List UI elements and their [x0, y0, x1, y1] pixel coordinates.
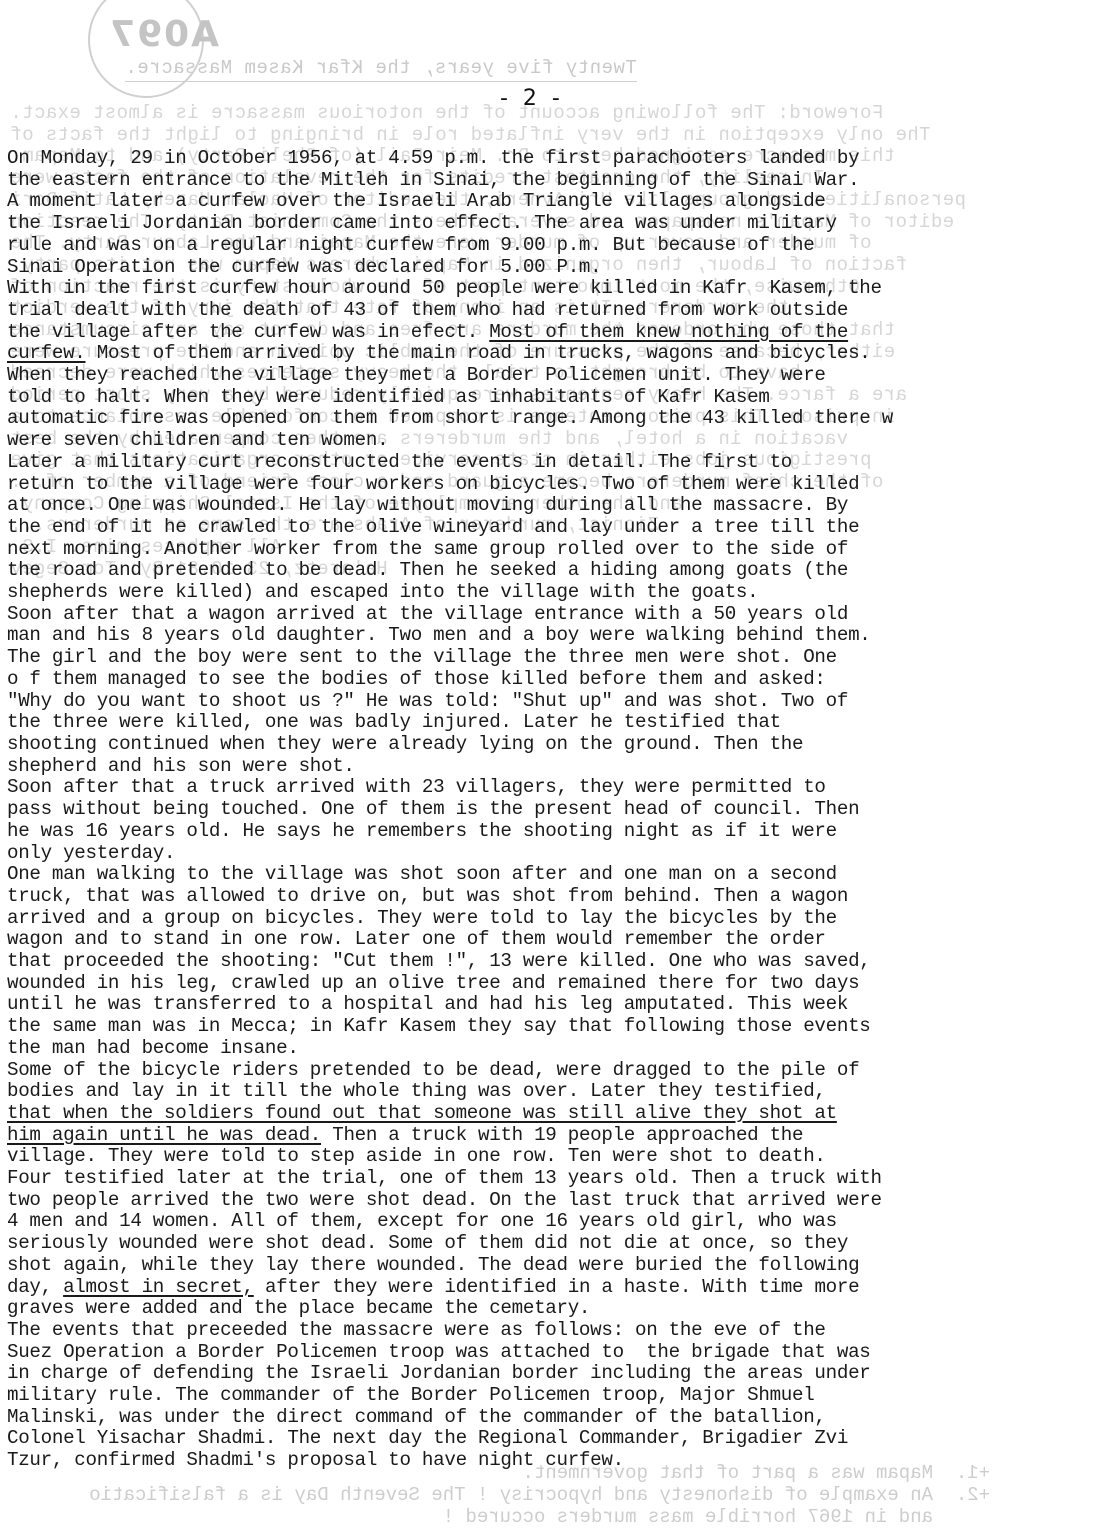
- text-segment: Four testified later at the trial, one o…: [7, 1167, 882, 1189]
- text-line: shot again, while they lay there wounded…: [7, 1255, 1107, 1277]
- text-segment: truck, that was allowed to drive on, but…: [7, 885, 848, 907]
- text-line: shepherds were killed) and escaped into …: [7, 582, 1107, 604]
- stamp-text: A097: [108, 14, 219, 55]
- text-line: "Why do you want to shoot us ?" He was t…: [7, 691, 1107, 713]
- text-line: the same man was in Mecca; in Kafr Kasem…: [7, 1016, 1107, 1038]
- text-segment: When they reached the village they met a…: [7, 364, 826, 386]
- page-number: - 2 -: [500, 86, 564, 111]
- text-line: the Israeli Jordanian border came into e…: [7, 213, 1107, 235]
- text-line: told to halt. When they were identified …: [7, 387, 1107, 409]
- underlined-emphasis: that when the soldiers found out that so…: [7, 1102, 837, 1124]
- text-line: rule and was on a regular night curfew f…: [7, 235, 1107, 257]
- text-line: day, almost in secret, after they were i…: [7, 1277, 1107, 1299]
- text-line: The girl and the boy were sent to the vi…: [7, 647, 1107, 669]
- text-line: Colonel Yisachar Shadmi. The next day th…: [7, 1428, 1107, 1450]
- text-line: in charge of defending the Israeli Jorda…: [7, 1363, 1107, 1385]
- text-line: bodies and lay in it till the whole thin…: [7, 1081, 1107, 1103]
- text-segment: wagon and to stand in one row. Later one…: [7, 928, 826, 950]
- text-line: Malinski, was under the direct command o…: [7, 1407, 1107, 1429]
- text-line: he was 16 years old. He says he remember…: [7, 821, 1107, 843]
- bleed-title: Twenty five years, the Kfar Kasem Massac…: [125, 57, 637, 82]
- text-segment: told to halt. When they were identified …: [7, 386, 770, 408]
- text-line: were seven children and ten women.: [7, 430, 1107, 452]
- text-line: One man walking to the village was shot …: [7, 864, 1107, 886]
- bleed-line: Foreword: The following account of the n…: [10, 102, 883, 124]
- text-line: Suez Operation a Border Policemen troop …: [7, 1342, 1107, 1364]
- text-segment: Some of the bicycle riders pretended to …: [7, 1059, 859, 1081]
- text-segment: after they were identified in a haste. W…: [254, 1276, 860, 1298]
- text-line: shepherd and his son were shot.: [7, 756, 1107, 778]
- text-segment: at once. One was wounded. He lay without…: [7, 494, 848, 516]
- text-segment: village. They were told to step aside in…: [7, 1145, 826, 1167]
- text-line: When they reached the village they met a…: [7, 365, 1107, 387]
- text-segment: bodies and lay in it till the whole thin…: [7, 1080, 826, 1102]
- text-segment: shepherd and his son were shot.: [7, 755, 355, 777]
- text-segment: that proceeded the shooting: "Cut them !…: [7, 950, 871, 972]
- text-segment: were seven children and ten women.: [7, 429, 388, 451]
- text-segment: the village after the curfew was in efec…: [7, 321, 489, 343]
- text-line: On Monday, 29 in October 1956, at 4.59 p…: [7, 148, 1107, 170]
- text-segment: "Why do you want to shoot us ?" He was t…: [7, 690, 848, 712]
- text-segment: Suez Operation a Border Policemen troop …: [7, 1341, 871, 1363]
- text-line: the three were killed, one was badly inj…: [7, 712, 1107, 734]
- text-segment: Soon after that a truck arrived with 23 …: [7, 776, 826, 798]
- text-line: two people arrived the two were shot dea…: [7, 1190, 1107, 1212]
- text-segment: automatic fire was opened on them from s…: [7, 407, 893, 429]
- text-line: A moment later a curfew over the Israeli…: [7, 191, 1107, 213]
- text-line: Later a military curt reconstructed the …: [7, 452, 1107, 474]
- text-segment: Tzur, confirmed Shadmi's proposal to hav…: [7, 1449, 624, 1471]
- underlined-emphasis: curfew.: [7, 342, 86, 364]
- text-line: at once. One was wounded. He lay without…: [7, 495, 1107, 517]
- text-line: that when the soldiers found out that so…: [7, 1103, 1107, 1125]
- text-line: automatic fire was opened on them from s…: [7, 408, 1107, 430]
- text-line: until he was transferred to a hospital a…: [7, 994, 1107, 1016]
- text-line: wounded in his leg, crawled up an olive …: [7, 973, 1107, 995]
- archive-stamp: A097: [88, 0, 204, 98]
- text-line: Soon after that a truck arrived with 23 …: [7, 777, 1107, 799]
- text-segment: until he was transferred to a hospital a…: [7, 993, 848, 1015]
- text-segment: seriously wounded were shot dead. Some o…: [7, 1232, 848, 1254]
- text-segment: the Israeli Jordanian border came into e…: [7, 212, 837, 234]
- text-line: curfew. Most of them arrived by the main…: [7, 343, 1107, 365]
- text-segment: Later a military curt reconstructed the …: [7, 451, 792, 473]
- text-line: With in the first curfew hour around 50 …: [7, 278, 1107, 300]
- text-line: graves were added and the place became t…: [7, 1298, 1107, 1320]
- text-segment: day,: [7, 1276, 63, 1298]
- text-line: man and his 8 years old daughter. Two me…: [7, 625, 1107, 647]
- text-segment: the three were killed, one was badly inj…: [7, 711, 781, 733]
- text-line: 4 men and 14 women. All of them, except …: [7, 1211, 1107, 1233]
- text-segment: With in the first curfew hour around 50 …: [7, 277, 882, 299]
- text-line: him again until he was dead. Then a truc…: [7, 1125, 1107, 1147]
- bleed-line: The only exception in the very inflated …: [10, 124, 931, 146]
- text-segment: the same man was in Mecca; in Kafr Kasem…: [7, 1015, 871, 1037]
- text-segment: 4 men and 14 women. All of them, except …: [7, 1210, 837, 1232]
- text-line: Sinai Operation the curfew was declared …: [7, 257, 1107, 279]
- text-segment: On Monday, 29 in October 1956, at 4.59 p…: [7, 147, 859, 169]
- text-line: Four testified later at the trial, one o…: [7, 1168, 1107, 1190]
- text-segment: arrived and a group on bicycles. They we…: [7, 907, 837, 929]
- text-line: next morning. Another worker from the sa…: [7, 539, 1107, 561]
- text-line: arrived and a group on bicycles. They we…: [7, 908, 1107, 930]
- text-segment: military rule. The commander of the Bord…: [7, 1384, 814, 1406]
- text-segment: in charge of defending the Israeli Jorda…: [7, 1362, 871, 1384]
- text-segment: o f them managed to see the bodies of th…: [7, 668, 826, 690]
- text-segment: he was 16 years old. He says he remember…: [7, 820, 837, 842]
- text-line: that proceeded the shooting: "Cut them !…: [7, 951, 1107, 973]
- text-line: only yesterday.: [7, 843, 1107, 865]
- text-segment: Then a truck with 19 people approached t…: [321, 1124, 803, 1146]
- text-segment: shot again, while they lay there wounded…: [7, 1254, 859, 1276]
- text-line: shooting continued when they were alread…: [7, 734, 1107, 756]
- text-segment: One man walking to the village was shot …: [7, 863, 837, 885]
- text-segment: Malinski, was under the direct command o…: [7, 1406, 826, 1428]
- text-segment: Sinai Operation the curfew was declared …: [7, 256, 601, 278]
- text-segment: the road and pretended to be dead. Then …: [7, 559, 848, 581]
- text-line: Soon after that a wagon arrived at the v…: [7, 604, 1107, 626]
- text-line: the man had become insane.: [7, 1038, 1107, 1060]
- text-line: the village after the curfew was in efec…: [7, 322, 1107, 344]
- text-segment: A moment later a curfew over the Israeli…: [7, 190, 826, 212]
- text-segment: Soon after that a wagon arrived at the v…: [7, 603, 848, 625]
- underlined-emphasis: almost in secret,: [63, 1276, 254, 1298]
- text-segment: shooting continued when they were alread…: [7, 733, 803, 755]
- text-segment: the end of it he crawled to the olive wi…: [7, 516, 859, 538]
- text-line: pass without being touched. One of them …: [7, 799, 1107, 821]
- text-line: trial dealt with the death of 43 of them…: [7, 300, 1107, 322]
- text-line: the end of it he crawled to the olive wi…: [7, 517, 1107, 539]
- text-line: the road and pretended to be dead. Then …: [7, 560, 1107, 582]
- text-segment: two people arrived the two were shot dea…: [7, 1189, 882, 1211]
- text-line: return to the village were four workers …: [7, 474, 1107, 496]
- text-segment: return to the village were four workers …: [7, 473, 859, 495]
- text-segment: The events that preceeded the massacre w…: [7, 1319, 826, 1341]
- text-segment: the eastern entrance to the Mitleh in Si…: [7, 169, 859, 191]
- text-segment: only yesterday.: [7, 842, 175, 864]
- text-segment: trial dealt with the death of 43 of them…: [7, 299, 848, 321]
- text-segment: shepherds were killed) and escaped into …: [7, 581, 758, 603]
- text-segment: Most of them arrived by the main road in…: [86, 342, 871, 364]
- text-segment: the man had become insane.: [7, 1037, 299, 1059]
- text-segment: wounded in his leg, crawled up an olive …: [7, 972, 859, 994]
- text-line: the eastern entrance to the Mitleh in Si…: [7, 170, 1107, 192]
- text-line: Tzur, confirmed Shadmi's proposal to hav…: [7, 1450, 1107, 1472]
- text-line: o f them managed to see the bodies of th…: [7, 669, 1107, 691]
- text-line: The events that preceeded the massacre w…: [7, 1320, 1107, 1342]
- document-body: On Monday, 29 in October 1956, at 4.59 p…: [7, 148, 1107, 1472]
- underlined-emphasis: Most of them knew nothing of the: [489, 321, 848, 343]
- text-segment: next morning. Another worker from the sa…: [7, 538, 848, 560]
- text-segment: pass without being touched. One of them …: [7, 798, 859, 820]
- bleed-footnote: and in 1967 horrible mass murders occure…: [443, 1506, 990, 1528]
- text-segment: graves were added and the place became t…: [7, 1297, 590, 1319]
- text-segment: rule and was on a regular night curfew f…: [7, 234, 814, 256]
- text-segment: Colonel Yisachar Shadmi. The next day th…: [7, 1427, 848, 1449]
- text-line: military rule. The commander of the Bord…: [7, 1385, 1107, 1407]
- text-line: wagon and to stand in one row. Later one…: [7, 929, 1107, 951]
- text-line: village. They were told to step aside in…: [7, 1146, 1107, 1168]
- bleed-footnote: +2. An example of dishonesty and hypocri…: [89, 1484, 990, 1506]
- text-line: Some of the bicycle riders pretended to …: [7, 1060, 1107, 1082]
- text-segment: The girl and the boy were sent to the vi…: [7, 646, 837, 668]
- text-line: seriously wounded were shot dead. Some o…: [7, 1233, 1107, 1255]
- text-line: truck, that was allowed to drive on, but…: [7, 886, 1107, 908]
- underlined-emphasis: him again until he was dead.: [7, 1124, 321, 1146]
- text-segment: man and his 8 years old daughter. Two me…: [7, 624, 871, 646]
